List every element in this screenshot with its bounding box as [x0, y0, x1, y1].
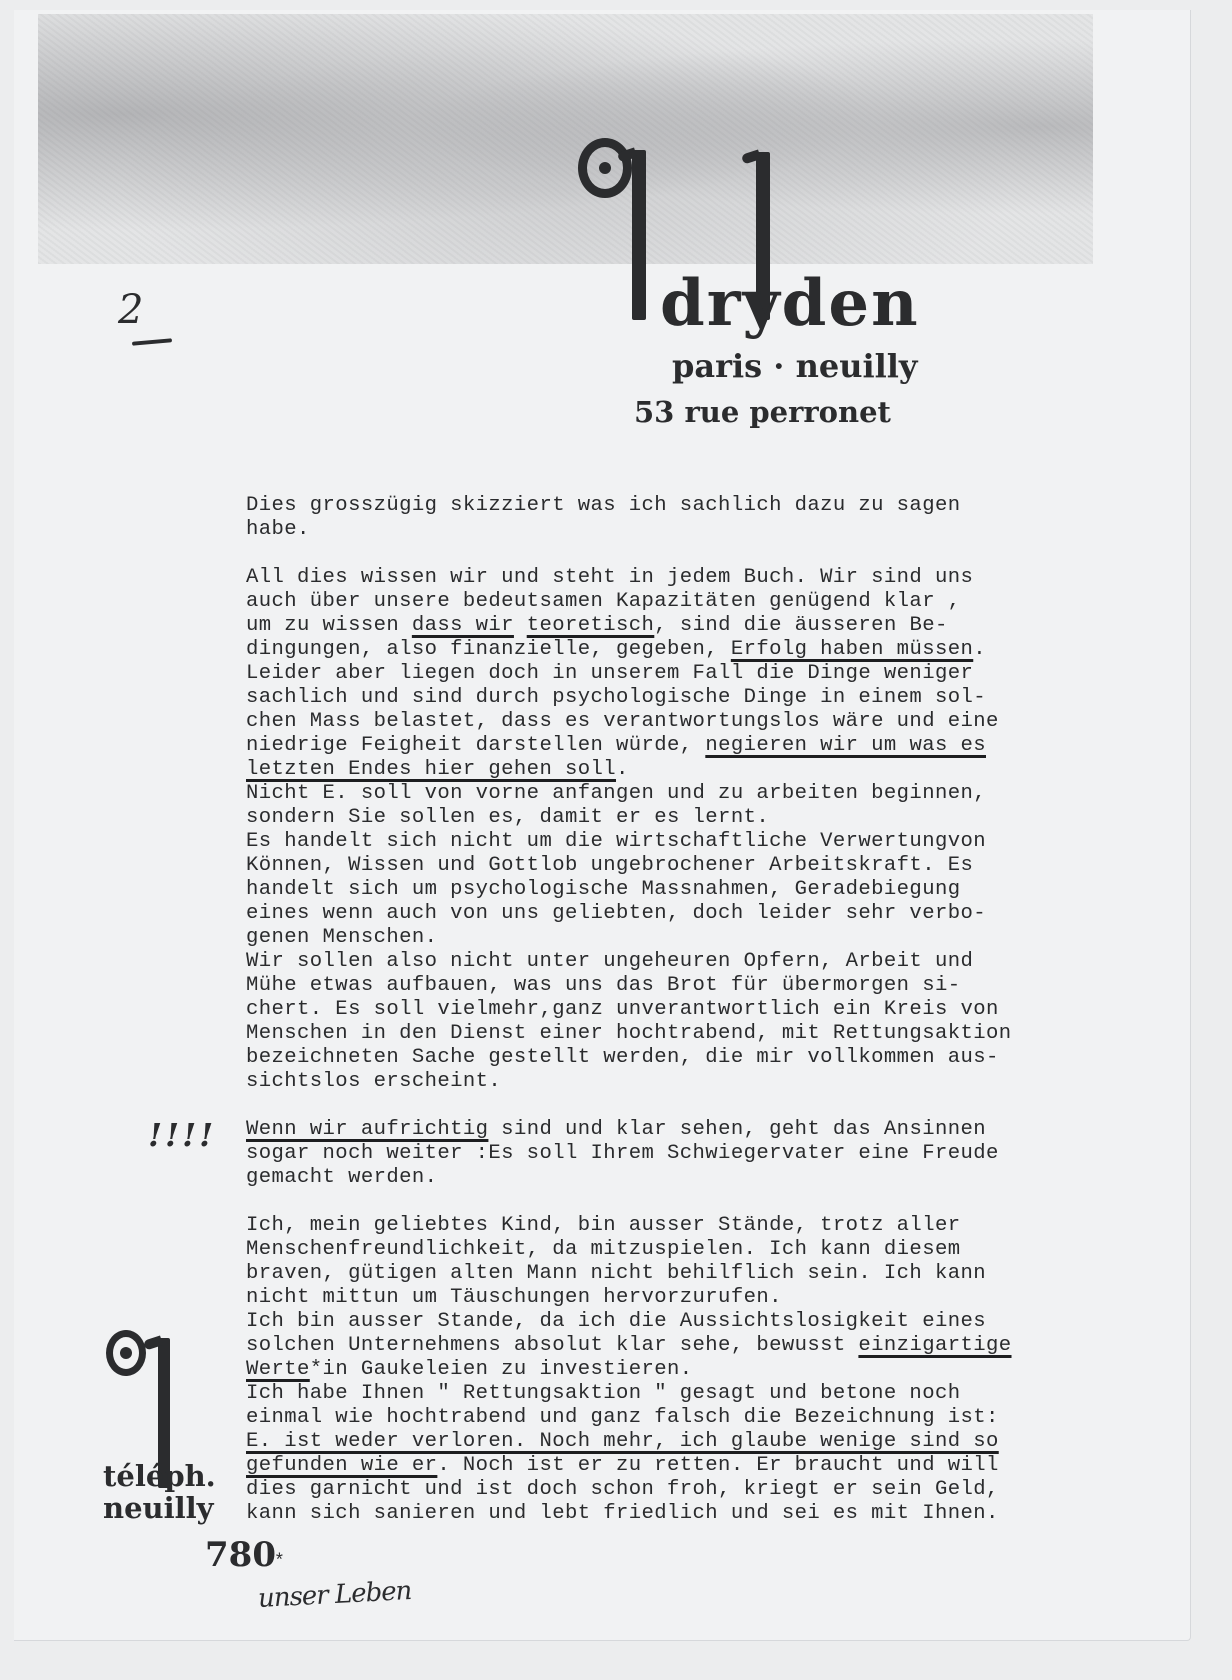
- text-line: Ich bin ausser Stande, da ich die Aussic…: [246, 1310, 1106, 1334]
- letter-paragraph: All dies wissen wir und steht in jedem B…: [246, 566, 1106, 1094]
- text-segment: Ich habe Ihnen " Rettungsaktion " gesagt…: [246, 1382, 960, 1405]
- text-segment: sogar noch weiter :Es soll Ihrem Schwieg…: [246, 1142, 999, 1165]
- text-segment: Wir sollen also nicht unter ungeheuren O…: [246, 950, 973, 973]
- paragraph-gap: [246, 1094, 1106, 1118]
- text-segment: einmal wie hochtrabend und ganz falsch d…: [246, 1406, 999, 1429]
- text-segment: . Noch ist er zu retten. Er braucht und …: [437, 1454, 998, 1477]
- text-line: letzten Endes hier gehen soll.: [246, 758, 1106, 782]
- text-line: genen Menschen.: [246, 926, 1106, 950]
- text-segment: [514, 614, 527, 637]
- text-segment: Nicht E. soll von vorne anfangen und zu …: [246, 782, 986, 805]
- text-line: einmal wie hochtrabend und ganz falsch d…: [246, 1406, 1106, 1430]
- text-segment: genen Menschen.: [246, 926, 437, 949]
- text-segment: All dies wissen wir und steht in jedem B…: [246, 566, 973, 589]
- letterhead-name: dryden: [660, 272, 920, 336]
- text-line: um zu wissen dass wir teoretisch, sind d…: [246, 614, 1106, 638]
- text-line: auch über unsere bedeutsamen Kapazitäten…: [246, 590, 1106, 614]
- text-line: chen Mass belastet, dass es verantwortun…: [246, 710, 1106, 734]
- text-segment: Menschenfreundlichkeit, da mitzuspielen.…: [246, 1238, 960, 1261]
- text-line: chert. Es soll vielmehr,ganz unverantwor…: [246, 998, 1106, 1022]
- text-line: dies garnicht und ist doch schon froh, k…: [246, 1478, 1106, 1502]
- text-segment: braven, gütigen alten Mann nicht behilfl…: [246, 1262, 986, 1285]
- underlined-phrase: Erfolg haben müssen: [731, 638, 973, 661]
- text-line: gefunden wie er. Noch ist er zu retten. …: [246, 1454, 1106, 1478]
- text-line: Wenn wir aufrichtig sind und klar sehen,…: [246, 1118, 1106, 1142]
- text-line: kann sich sanieren und lebt friedlich un…: [246, 1502, 1106, 1526]
- text-line: Können, Wissen und Gottlob ungebrochener…: [246, 854, 1106, 878]
- text-segment: dingungen, also finanzielle, gegeben,: [246, 638, 731, 661]
- paragraph-gap: [246, 542, 1106, 566]
- underlined-phrase: Wenn wir aufrichtig: [246, 1118, 488, 1141]
- text-segment: sondern Sie sollen es, damit er es lernt…: [246, 806, 769, 829]
- letterhead-address: 53 rue perronet: [634, 398, 891, 427]
- underlined-phrase: einzigartige: [858, 1334, 1011, 1357]
- letter-paragraph: Dies grosszügig skizziert was ich sachli…: [246, 494, 1106, 542]
- text-line: solchen Unternehmens absolut klar sehe, …: [246, 1334, 1106, 1358]
- text-segment: niedrige Feigheit darstellen würde,: [246, 734, 705, 757]
- paragraph-gap: [246, 1190, 1106, 1214]
- text-line: sachlich und sind durch psychologische D…: [246, 686, 1106, 710]
- text-line: Leider aber liegen doch in unserem Fall …: [246, 662, 1106, 686]
- text-line: All dies wissen wir und steht in jedem B…: [246, 566, 1106, 590]
- text-line: Es handelt sich nicht um die wirtschaftl…: [246, 830, 1106, 854]
- text-segment: sichtslos erscheint.: [246, 1070, 501, 1093]
- text-segment: .: [973, 638, 986, 661]
- text-segment: gemacht werden.: [246, 1166, 437, 1189]
- footer-phone-number: 780: [205, 1538, 276, 1572]
- text-segment: Menschen in den Dienst einer hochtrabend…: [246, 1022, 1012, 1045]
- text-line: sondern Sie sollen es, damit er es lernt…: [246, 806, 1106, 830]
- text-segment: bezeichneten Sache gestellt werden, die …: [246, 1046, 999, 1069]
- underlined-phrase: Werte: [246, 1358, 310, 1381]
- text-segment: solchen Unternehmens absolut klar sehe, …: [246, 1334, 858, 1357]
- text-line: Werte*in Gaukeleien zu investieren.: [246, 1358, 1106, 1382]
- text-line: braven, gütigen alten Mann nicht behilfl…: [246, 1262, 1106, 1286]
- text-segment: habe.: [246, 518, 310, 541]
- text-segment: kann sich sanieren und lebt friedlich un…: [246, 1502, 999, 1525]
- underlined-phrase: gefunden wie er: [246, 1454, 437, 1477]
- text-line: Wir sollen also nicht unter ungeheuren O…: [246, 950, 1106, 974]
- text-segment: chen Mass belastet, dass es verantwortun…: [246, 710, 999, 733]
- text-segment: handelt sich um psychologische Massnahme…: [246, 878, 960, 901]
- text-segment: Ich, mein geliebtes Kind, bin ausser Stä…: [246, 1214, 960, 1237]
- text-line: habe.: [246, 518, 1106, 542]
- text-segment: Können, Wissen und Gottlob ungebrochener…: [246, 854, 973, 877]
- text-segment: um zu wissen: [246, 614, 412, 637]
- margin-exclamation-note: !!!!: [148, 1116, 216, 1154]
- underlined-phrase: teoretisch: [527, 614, 655, 637]
- text-segment: Leider aber liegen doch in unserem Fall …: [246, 662, 973, 685]
- letter-paragraph: Ich, mein geliebtes Kind, bin ausser Stä…: [246, 1214, 1106, 1526]
- text-segment: sind und klar sehen, geht das Ansinnen: [488, 1118, 986, 1141]
- footnote-marker: *: [274, 1552, 285, 1572]
- text-segment: *in Gaukeleien zu investieren.: [310, 1358, 693, 1381]
- text-segment: Ich bin ausser Stande, da ich die Aussic…: [246, 1310, 986, 1333]
- text-line: bezeichneten Sache gestellt werden, die …: [246, 1046, 1106, 1070]
- text-line: Dies grosszügig skizziert was ich sachli…: [246, 494, 1106, 518]
- text-line: niedrige Feigheit darstellen würde, negi…: [246, 734, 1106, 758]
- text-line: Ich habe Ihnen " Rettungsaktion " gesagt…: [246, 1382, 1106, 1406]
- letter-paragraph: Wenn wir aufrichtig sind und klar sehen,…: [246, 1118, 1106, 1190]
- underlined-phrase: letzten Endes hier gehen soll: [246, 758, 616, 781]
- underlined-phrase: dass wir: [412, 614, 514, 637]
- letter-body: Dies grosszügig skizziert was ich sachli…: [246, 494, 1106, 1526]
- text-line: eines wenn auch von uns geliebten, doch …: [246, 902, 1106, 926]
- text-segment: nicht mittun um Täuschungen hervorzurufe…: [246, 1286, 782, 1309]
- underlined-phrase: negieren wir um was es: [705, 734, 986, 757]
- text-segment: auch über unsere bedeutsamen Kapazitäten…: [246, 590, 960, 613]
- text-line: handelt sich um psychologische Massnahme…: [246, 878, 1106, 902]
- text-segment: , sind die äusseren Be-: [654, 614, 947, 637]
- text-line: nicht mittun um Täuschungen hervorzurufe…: [246, 1286, 1106, 1310]
- footer-phone-label: téléph.: [103, 1462, 216, 1491]
- text-segment: dies garnicht und ist doch schon froh, k…: [246, 1478, 999, 1501]
- text-segment: Es handelt sich nicht um die wirtschaftl…: [246, 830, 986, 853]
- text-line: E. ist weder verloren. Noch mehr, ich gl…: [246, 1430, 1106, 1454]
- letterhead-city: paris · neuilly: [672, 350, 918, 382]
- text-line: Menschen in den Dienst einer hochtrabend…: [246, 1022, 1106, 1046]
- text-segment: eines wenn auch von uns geliebten, doch …: [246, 902, 986, 925]
- text-segment: .: [616, 758, 629, 781]
- text-line: Mühe etwas aufbauen, was uns das Brot fü…: [246, 974, 1106, 998]
- underlined-phrase: E. ist weder verloren. Noch mehr, ich gl…: [246, 1430, 999, 1453]
- text-line: dingungen, also finanzielle, gegeben, Er…: [246, 638, 1106, 662]
- text-segment: Mühe etwas aufbauen, was uns das Brot fü…: [246, 974, 960, 997]
- text-segment: chert. Es soll vielmehr,ganz unverantwor…: [246, 998, 999, 1021]
- text-segment: Dies grosszügig skizziert was ich sachli…: [246, 494, 960, 517]
- text-line: sichtslos erscheint.: [246, 1070, 1106, 1094]
- footer-phone-exchange: neuilly: [103, 1494, 214, 1523]
- text-line: Nicht E. soll von vorne anfangen und zu …: [246, 782, 1106, 806]
- text-segment: sachlich und sind durch psychologische D…: [246, 686, 986, 709]
- text-line: sogar noch weiter :Es soll Ihrem Schwieg…: [246, 1142, 1106, 1166]
- page-number: 2: [118, 290, 143, 330]
- text-line: Menschenfreundlichkeit, da mitzuspielen.…: [246, 1238, 1106, 1262]
- photocopy-toner-band: [38, 14, 1093, 264]
- text-line: gemacht werden.: [246, 1166, 1106, 1190]
- text-line: Ich, mein geliebtes Kind, bin ausser Stä…: [246, 1214, 1106, 1238]
